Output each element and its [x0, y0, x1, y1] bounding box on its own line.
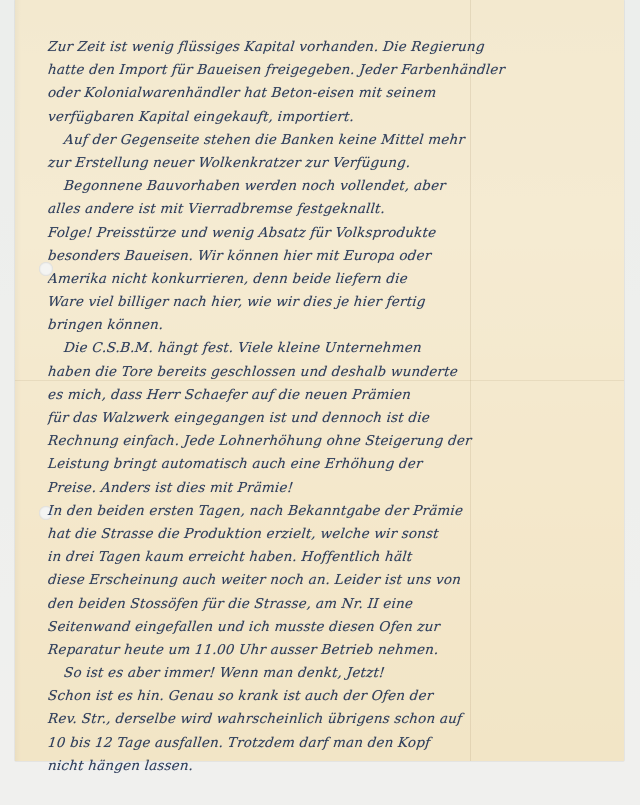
text-line: oder Kolonialwarenhändler hat Beton-eise…	[47, 82, 629, 105]
handwritten-text-body: Zur Zeit ist wenig flüssiges Kapital vor…	[48, 36, 628, 778]
text-line: 10 bis 12 Tage ausfallen. Trotzdem darf …	[47, 732, 629, 755]
text-line: hatte den Import für Baueisen freigegebe…	[47, 59, 629, 82]
letter-paper: Zur Zeit ist wenig flüssiges Kapital vor…	[15, 0, 624, 761]
text-line: Ware viel billiger nach hier, wie wir di…	[47, 291, 629, 314]
text-line: verfügbaren Kapital eingekauft, importie…	[47, 106, 629, 129]
text-line: den beiden Stossöfen für die Strasse, am…	[47, 593, 629, 616]
text-line: bringen können.	[47, 314, 629, 337]
text-line: alles andere ist mit Vierradbremse festg…	[47, 198, 629, 221]
text-line: es mich, dass Herr Schaefer auf die neue…	[47, 384, 629, 407]
text-line: Preise. Anders ist dies mit Prämie!	[47, 477, 629, 500]
text-line: haben die Tore bereits geschlossen und d…	[47, 361, 629, 384]
text-line: diese Erscheinung auch weiter noch an. L…	[47, 569, 629, 592]
text-line: Amerika nicht konkurrieren, denn beide l…	[47, 268, 629, 291]
text-line: Folge! Preisstürze und wenig Absatz für …	[47, 222, 629, 245]
text-line: Zur Zeit ist wenig flüssiges Kapital vor…	[47, 36, 629, 59]
text-line: Leistung bringt automatisch auch eine Er…	[47, 453, 629, 476]
text-line: hat die Strasse die Produktion erzielt, …	[47, 523, 629, 546]
text-line: Die C.S.B.M. hängt fest. Viele kleine Un…	[47, 337, 629, 360]
text-line: besonders Baueisen. Wir können hier mit …	[47, 245, 629, 268]
text-line: Schon ist es hin. Genau so krank ist auc…	[47, 685, 629, 708]
text-line: in drei Tagen kaum erreicht haben. Hoffe…	[47, 546, 629, 569]
text-line: Seitenwand eingefallen und ich musste di…	[47, 616, 629, 639]
text-line: Begonnene Bauvorhaben werden noch vollen…	[47, 175, 629, 198]
text-line: So ist es aber immer! Wenn man denkt, Je…	[47, 662, 629, 685]
text-line: Rev. Str., derselbe wird wahrscheinlich …	[47, 708, 629, 731]
text-line: Reparatur heute um 11.00 Uhr ausser Betr…	[47, 639, 629, 662]
text-line: für das Walzwerk eingegangen ist und den…	[47, 407, 629, 430]
scanned-page: Zur Zeit ist wenig flüssiges Kapital vor…	[0, 0, 640, 805]
text-line: In den beiden ersten Tagen, nach Bekannt…	[47, 500, 629, 523]
text-line: Auf der Gegenseite stehen die Banken kei…	[47, 129, 629, 152]
text-line: Rechnung einfach. Jede Lohnerhöhung ohne…	[47, 430, 629, 453]
text-line: nicht hängen lassen.	[47, 755, 629, 778]
text-line: zur Erstellung neuer Wolkenkratzer zur V…	[47, 152, 629, 175]
